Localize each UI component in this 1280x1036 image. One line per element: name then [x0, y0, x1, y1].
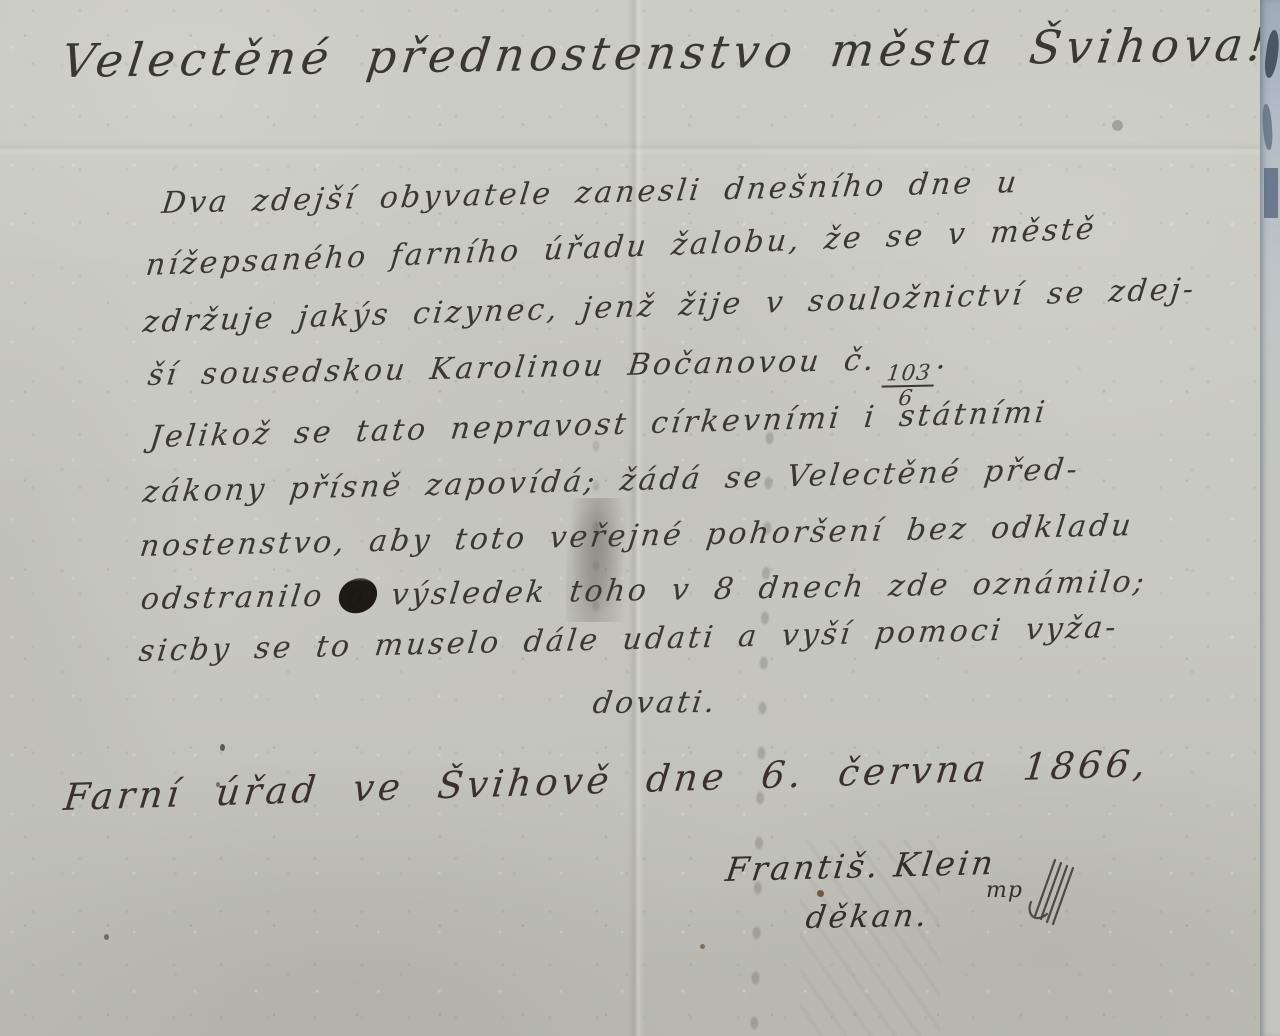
paper-speck: [1112, 120, 1123, 131]
scanned-letter-page: Velectěné přednostenstvo města Švihova! …: [0, 0, 1280, 1036]
body-line-1: Dva zdejší obyvatele zanesli dnešního dn…: [160, 165, 1021, 221]
ink-bleedthrough-column: [734, 420, 790, 1036]
adjacent-page-edge: [1260, 0, 1280, 1036]
manu-propria-abbreviation: mp: [986, 878, 1023, 903]
paper-speck: [104, 934, 109, 940]
edge-ink-mark: [1264, 168, 1278, 218]
letter-salutation-title: Velectěné přednostenstvo města Švihova!: [59, 17, 1275, 88]
body-line-2: nížepsaného farního úřadu žalobu, že se …: [144, 211, 1098, 283]
body-line-6: zákony přísně zapovídá; žádá se Velectěn…: [141, 452, 1082, 510]
place-and-date-line: Farní úřad ve Švihově dne 6. června 1866…: [62, 742, 1152, 819]
horizontal-fold-crease: [0, 142, 1280, 156]
signature-flourish-icon: [1023, 852, 1079, 932]
body-line-9: sicby se to muselo dále udati a vyší pom…: [137, 610, 1121, 669]
body-line-3: zdržuje jakýs cizynec, jenž žije v soulo…: [141, 272, 1198, 340]
body-line-4-period: .: [935, 341, 952, 376]
body-line-4-text: ší sousedskou Karolinou Bočanovou č.: [146, 343, 879, 393]
body-line-7: nostenstvo, aby toto veřejné pohoršení b…: [138, 508, 1136, 564]
paper-speck: [817, 890, 824, 897]
body-line-8: odstraniloavýsledek toho v 8 dnech zde o…: [139, 564, 1149, 617]
body-line-10: dovati.: [591, 685, 720, 721]
body-line-8-post: výsledek toho v 8 dnech zde oznámilo;: [389, 564, 1149, 612]
paper-speck: [216, 782, 220, 787]
fraction-numerator: 103: [881, 362, 936, 388]
paper-speck: [220, 744, 225, 751]
signature-name: Františ. Klein: [723, 843, 998, 889]
signature-paraph: mp: [986, 852, 1079, 932]
signature-role: děkan.: [803, 898, 931, 936]
body-line-8-pre: odstranilo: [139, 579, 327, 617]
paper-speck: [700, 944, 705, 949]
ink-blot-word: a: [336, 578, 379, 614]
